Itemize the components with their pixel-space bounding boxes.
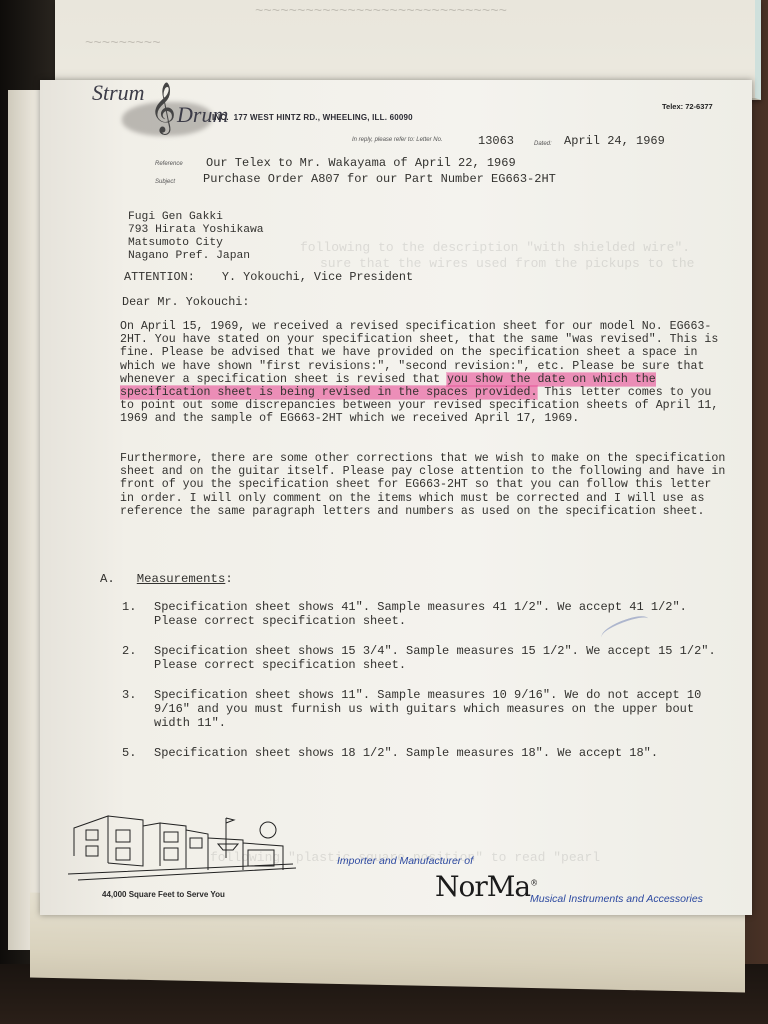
- subject-label: Subject: [155, 179, 175, 185]
- registered-mark: ®: [530, 879, 537, 888]
- building-caption: 44,000 Square Feet to Serve You: [102, 890, 225, 899]
- reference-label: Reference: [155, 161, 183, 167]
- company-suffix: INC.: [212, 113, 229, 122]
- paragraph-1: On April 15, 1969, we received a revised…: [120, 320, 730, 426]
- list-item: 5. Specification sheet shows 18 1/2". Sa…: [110, 746, 730, 760]
- item-number: 1.: [122, 600, 136, 614]
- item-number: 3.: [122, 688, 136, 702]
- bleed-through-text: ~~~~~~~~~: [85, 36, 161, 52]
- norma-logo: NorMa®: [435, 870, 537, 903]
- company-logo: Strum 𝄞 Drum: [92, 80, 372, 140]
- paragraph-2: Furthermore, there are some other correc…: [120, 452, 730, 518]
- salutation: Dear Mr. Yokouchi:: [122, 295, 249, 309]
- treble-clef-icon: 𝄞: [150, 82, 176, 133]
- letter-number: 13063: [478, 134, 514, 148]
- company-address: INC. 177 WEST HINTZ RD., WHEELING, ILL. …: [212, 113, 413, 122]
- brand-name: NorMa: [435, 870, 530, 903]
- list-item: 2. Specification sheet shows 15 3/4". Sa…: [110, 644, 730, 672]
- item-number: 2.: [122, 644, 136, 658]
- address-text: 177 WEST HINTZ RD., WHEELING, ILL. 60090: [234, 113, 413, 122]
- address-line: Nagano Pref. Japan: [128, 250, 264, 263]
- attention-name: Y. Yokouchi, Vice President: [222, 270, 413, 284]
- reference-line: Our Telex to Mr. Wakayama of April 22, 1…: [206, 156, 516, 170]
- bleed-through-text: ~~~~~~~~~~~~~~~~~~~~~~~~~~~~~~: [255, 4, 507, 20]
- address-line: Matsumoto City: [128, 237, 264, 250]
- letter-date: April 24, 1969: [564, 134, 665, 148]
- attention-label: ATTENTION:: [124, 270, 195, 284]
- item-text: Specification sheet shows 11". Sample me…: [154, 688, 701, 730]
- bleed-through-text: following to the description "with shiel…: [300, 240, 690, 255]
- letter-page: following to the description "with shiel…: [40, 80, 752, 915]
- item-number: 5.: [122, 746, 136, 760]
- attention-line: ATTENTION: Y. Yokouchi, Vice President: [124, 270, 413, 284]
- telex-number: Telex: 72-6377: [662, 102, 713, 111]
- address-line: Fugi Gen Gakki: [128, 211, 264, 224]
- bleed-through-text: sure that the wires used from the pickup…: [320, 256, 694, 271]
- list-item: 1. Specification sheet shows 41". Sample…: [110, 600, 730, 628]
- measurement-list: 1. Specification sheet shows 41". Sample…: [110, 600, 730, 776]
- section-title: Measurements: [137, 572, 226, 586]
- address-line: 793 Hirata Yoshikawa: [128, 224, 264, 237]
- building-illustration: [68, 808, 303, 890]
- importer-line: Importer and Manufacturer of: [337, 855, 473, 867]
- brand-tagline: Musical Instruments and Accessories: [530, 893, 703, 905]
- logo-text-strum: Strum: [92, 80, 145, 106]
- list-item: 3. Specification sheet shows 11". Sample…: [110, 688, 730, 730]
- subject-line: Purchase Order A807 for our Part Number …: [203, 172, 556, 186]
- section-letter: A.: [100, 572, 115, 586]
- item-text: Specification sheet shows 15 3/4". Sampl…: [154, 644, 716, 672]
- reply-label: In reply, please refer to: Letter No.: [352, 137, 443, 143]
- dated-label: Dated:: [534, 141, 552, 147]
- section-heading: A.Measurements:: [100, 572, 233, 586]
- item-text: Specification sheet shows 41". Sample me…: [154, 600, 687, 628]
- item-text: Specification sheet shows 18 1/2". Sampl…: [154, 746, 658, 760]
- section-colon: :: [225, 572, 232, 586]
- recipient-address: Fugi Gen Gakki 793 Hirata Yoshikawa Mats…: [128, 211, 264, 263]
